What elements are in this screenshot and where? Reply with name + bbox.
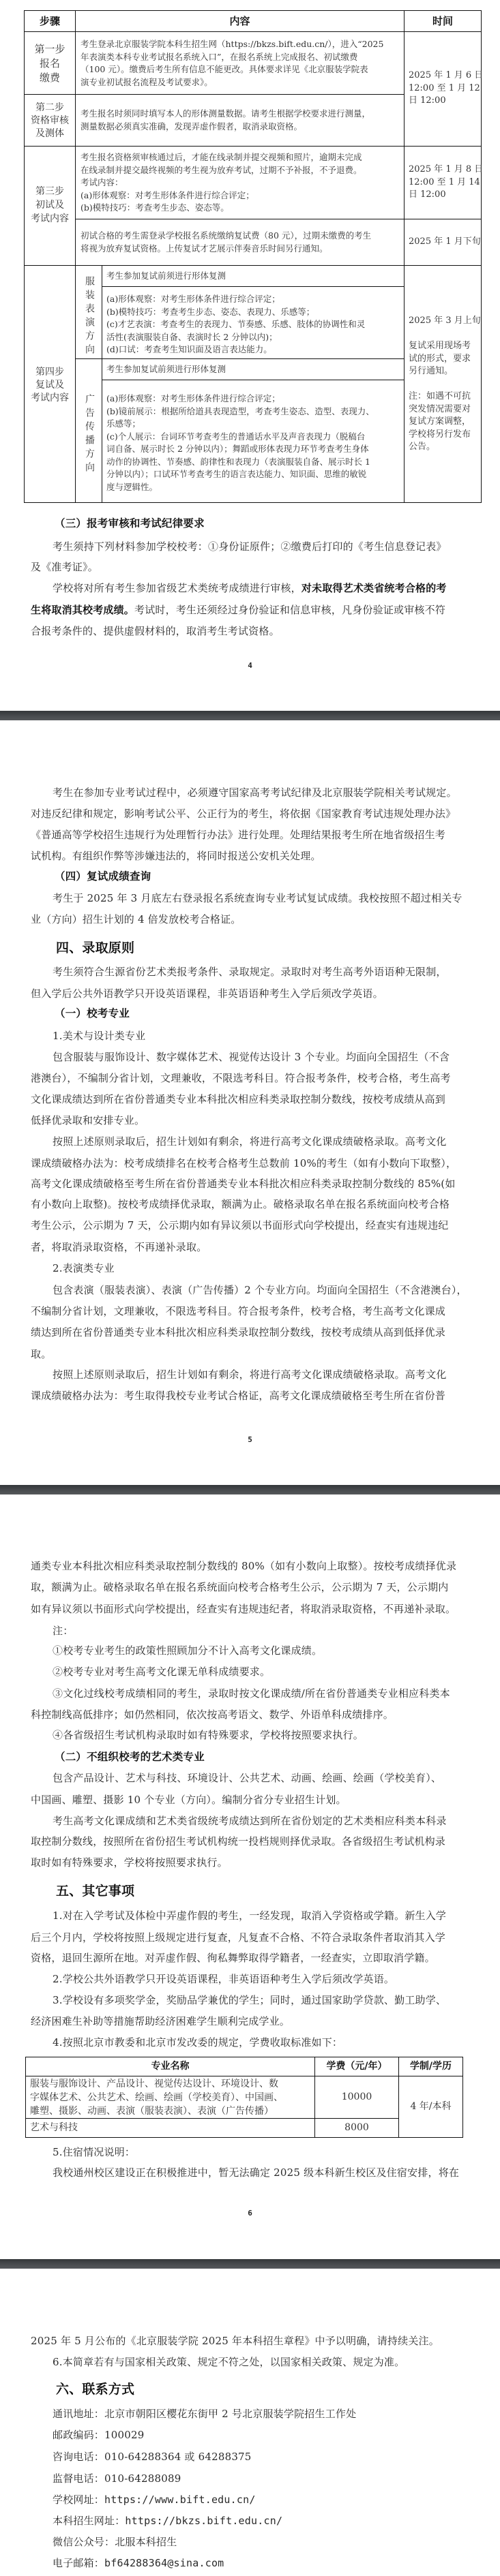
direction-fashion-show: 服装表演方向 bbox=[83, 276, 96, 358]
paragraph-line: 我校通州校区建设正在积极推进中，暂无法确定 2025 级本科新生校区及住宿安排，… bbox=[53, 2166, 459, 2179]
paragraph-line: 包含产品设计、艺术与科技、环境设计、公共艺术、动画、绘画、绘画（学校美育）、 bbox=[53, 1772, 441, 1784]
time-step1-2: 2025 年 1 月 6 日 12:00 至 1 月 12 日 12:00 bbox=[409, 70, 483, 108]
page-separator bbox=[0, 2259, 500, 2269]
contact-supervision-phone: 监督电话：010-64288089 bbox=[53, 2472, 181, 2485]
paragraph-line: 科控制线高低排序；如仍然相同，依次按高考语文、数学、外语单科成绩排序。 bbox=[31, 1708, 394, 1721]
paragraph-line: 有小数向上取整)。按校考成绩择优录取，额满为止。破格录取名单在报名系统面向校考合… bbox=[31, 1198, 450, 1210]
paragraph-line: 考生须持下列材料参加学校校考：①身份证原件；②缴费后打印的《考生信息登记表》 bbox=[53, 540, 447, 553]
paragraph-line: 港澳台），不编制分省计划，文理兼收，不限选考科目。符合报考条件，校考合格，考生高… bbox=[31, 1072, 451, 1084]
contact-address: 通讯地址：北京市朝阳区樱花东街甲 2 号北京服装学院招生工作处 bbox=[53, 2408, 356, 2420]
paragraph-line: 合报考条件的、提供虚假材料的，取消考生考试资格。 bbox=[31, 625, 280, 637]
step4-ad-items: (a)形体观察：对考生形体条件进行综合评定； (b)镜前展示：根据所给道具表现造… bbox=[106, 393, 374, 493]
chapter-heading: 六、联系方式 bbox=[56, 2383, 134, 2395]
paragraph-line: 2.学校公共外语教学只开设英语课程，非英语语种考生入学后须改学英语。 bbox=[53, 1973, 394, 1985]
paragraph-line: 按照上述原则录取后，招生计划如有剩余，将进行高考文化课成绩破格录取。高考文化 bbox=[53, 1368, 447, 1381]
paragraph-line: 2025 年 5 月公布的《北京服装学院 2025 年本科招生章程》中予以明确，… bbox=[31, 2335, 439, 2347]
contact-postcode: 邮政编码：100029 bbox=[53, 2429, 144, 2441]
paragraph-line: 注： bbox=[53, 1625, 73, 1637]
paragraph-line: ②校考专业对考生高考文化课无单科成绩要求。 bbox=[53, 1666, 270, 1678]
paragraph-line: 文化课成绩达到所在省份普通类专业本科批次相应科类录取控制分数线，按校考成绩从高到 bbox=[31, 1093, 445, 1105]
paragraph-line: 1.美术与设计类专业 bbox=[53, 1030, 145, 1042]
paragraph-line: 按照上述原则录取后，招生计划如有剩余，将进行高考文化课成绩破格录取。高考文化 bbox=[53, 1135, 447, 1148]
page-separator bbox=[0, 711, 500, 720]
paragraph-line: 但入学后公共外语教学只开设英语课程，非英语语种考生入学后须改学英语。 bbox=[31, 987, 383, 1000]
step4-fashion-items: (a)形体观察：对考生形体条件进行综合评定； (b)模特技巧：考查考生步态、姿态… bbox=[106, 293, 365, 356]
fee-row-majors: 艺术与科技 bbox=[30, 2121, 78, 2134]
paragraph-line: 经济困难生补助等措施帮助经济困难学生顺利完成学业。 bbox=[31, 2015, 290, 2027]
paragraph-line: 包含服装与服饰设计、数字媒体艺术、视觉传达设计 3 个专业。均面向全国招生（不含 bbox=[53, 1051, 450, 1063]
page-number: 4 bbox=[0, 661, 500, 670]
paragraph-line: 高考文化课成绩破格至考生所在省份普通类专业本科批次相应科类录取控制分数线的 85… bbox=[31, 1178, 456, 1190]
paragraph-line: 学校将对所有考生参加省级艺术类统考成绩进行审核，对未取得艺术类省统考合格的考 bbox=[53, 582, 447, 594]
step4-ad-pre: 考生参加复试前须进行形体复测 bbox=[106, 363, 226, 376]
paragraph-line: 中国画、雕塑、摄影 10 个专业（方向）。编制分省分专业招生计划。 bbox=[31, 1794, 347, 1806]
paragraph-line: ①校考专业考生的政策性照顾加分不计入高考文化课成绩。 bbox=[53, 1644, 322, 1657]
paragraph-line: 业（方向）招生计划的 4 倍发放校考合格证。 bbox=[31, 913, 241, 925]
header-time: 时间 bbox=[404, 15, 482, 28]
page-number: 6 bbox=[0, 2209, 500, 2218]
paragraph-line: 课成绩破格办法为：校考成绩排名在校考合格考生总数前 10%的考生（如有小数向下取… bbox=[31, 1157, 456, 1169]
paragraph-line: 及《准考证》。 bbox=[31, 561, 98, 573]
admission-website-link[interactable]: https://bkzs.bift.edu.cn/ bbox=[125, 2515, 282, 2527]
paragraph-line: 取时如有特殊要求，学校将按照要求执行。 bbox=[31, 1856, 228, 1869]
paragraph-line: 如有异议须以书面形式向学校提出，经查实有违规违纪者，将取消录取资格，不再递补录取… bbox=[31, 1603, 456, 1615]
paragraph-line: 后三个月内，学校将按照上级规定进行复查，凡复查不合格、不符合录取条件者取消其入学 bbox=[31, 1931, 445, 1944]
paragraph-line: ④各省级招生考试机构录取时如有特殊要求，学校将按照要求执行。 bbox=[53, 1729, 364, 1741]
paragraph-line: 取控制分数线，按照所在省份招生考试机构统一投档规则择优录取。各省级招生考试机构录 bbox=[31, 1835, 445, 1847]
fee-value: 10000 bbox=[314, 2091, 399, 2104]
fee-row-majors: 服装与服饰设计、产品设计、视觉传达设计、环境设计、数 字媒体艺术、公共艺术、绘画… bbox=[30, 2077, 283, 2118]
step-label: 第二步 资格审核 及测体 bbox=[24, 102, 76, 140]
paragraph-line: 《普通高等学校招生违规行为处理暂行办法》进行处理。处理结果报考生所在地省级招生考 bbox=[31, 829, 445, 841]
header-duration: 学制/学历 bbox=[398, 2060, 463, 2073]
chapter-heading: 五、其它事项 bbox=[56, 1885, 134, 1897]
paragraph-line: 考生须符合生源省份艺术类报考条件、录取规定。录取时对考生高考外语语种无限制， bbox=[53, 966, 447, 978]
step3-content: 考生报名资格须审核通过后，才能在线录制并提交视频和照片，逾期未完成 在线录制并提… bbox=[80, 151, 362, 215]
header-content: 内容 bbox=[75, 15, 405, 28]
header-major: 专业名称 bbox=[25, 2060, 315, 2073]
website-link[interactable]: https://www.bift.edu.cn/ bbox=[104, 2494, 256, 2506]
chapter-heading: 四、录取原则 bbox=[56, 942, 134, 954]
paragraph-line: 6.本简章若有与国家相关政策、规定不符之处，以国家相关政策、规定为准。 bbox=[53, 2356, 405, 2368]
paragraph-line: 绩达到所在省份普通类专业本科批次相应科类录取控制分数线，按校考成绩从高到低择优录 bbox=[31, 1326, 445, 1338]
paragraph-line: 取。 bbox=[31, 1348, 51, 1360]
paragraph-line: ③文化过线校考成绩相同的考生，录取时按文化课成绩/所在省份普通类专业相应科类本 bbox=[53, 1687, 450, 1700]
section-heading: （四）复试成绩查询 bbox=[55, 870, 151, 883]
duration-value: 4 年/本科 bbox=[398, 2100, 463, 2113]
section-heading: （三）报考审核和考试纪律要求 bbox=[55, 517, 205, 530]
paragraph-line: 考生公示，公示期为 7 天，公示期内如有异议须以书面形式向学校提出，经查实有违规… bbox=[31, 1219, 448, 1231]
direction-advertising: 广告传播方向 bbox=[83, 394, 96, 482]
step4-fashion-pre: 考生参加复试前须进行形体复测 bbox=[106, 270, 226, 283]
fee-value: 8000 bbox=[314, 2121, 399, 2134]
paragraph-line: 对违反纪律和规定，影响考试公平、公正行为的考生，将依据《国家教育考试违规处理办法… bbox=[31, 808, 456, 820]
contact-phone: 咨询电话：010-64288364 或 64288375 bbox=[53, 2451, 252, 2463]
paragraph-line: 不编制分省计划，文理兼收，不限选考科目。符合报考条件，校考合格，考生高考文化课成 bbox=[31, 1305, 445, 1317]
paragraph-line: 包含表演（服装表演）、表演（广告传播）2 个专业方向。均面向全国招生（不含港澳台… bbox=[53, 1284, 467, 1296]
contact-email: 电子邮箱：bf64288364@sina.com bbox=[53, 2557, 224, 2569]
contact-website: 学校网址：https://www.bift.edu.cn/ bbox=[53, 2494, 256, 2506]
page-number: 5 bbox=[0, 1435, 500, 1444]
time-step4: 2025 年 3 月上旬 复试采用现场考 试的形式，要求 另行通知。 注：如遇不… bbox=[409, 315, 481, 454]
paragraph-line: 5.住宿情况说明： bbox=[53, 2146, 135, 2158]
step3-fee-content: 初试合格的考生需登录学校报名系统缴纳复试费（80 元），过期未缴费的考生 将视为… bbox=[80, 230, 371, 255]
step-label: 第四步 复试及 考试内容 bbox=[24, 366, 76, 405]
paragraph-line: 试机构。有组织作弊等涉嫌违法的，将同时报送公安机关处理。 bbox=[31, 850, 321, 862]
step2-content: 考生报名时须同时填写本人的形体测量数据。请考生根据学校要求进行测量， 测量数据必… bbox=[80, 108, 370, 133]
header-step: 步骤 bbox=[24, 15, 76, 28]
paragraph-line: 取，额满为止。破格录取名单在报名系统面向校考合格考生公示，公示期为 7 天，公示… bbox=[31, 1581, 448, 1593]
time-step3-fee: 2025 年 1 月下旬 bbox=[409, 236, 481, 249]
paragraph-line: 课成绩破格办法为：考生取得我校专业考试合格证，高考文化课成绩破格至考生所在省份普 bbox=[31, 1390, 445, 1402]
page-separator bbox=[0, 1485, 500, 1494]
step1-content: 考生登录北京服装学院本科生招生网（https://bkzs.bift.edu.c… bbox=[80, 38, 383, 89]
paragraph-line: 考生于 2025 年 3 月底左右登录报名系统查询专业考试复试成绩。我校按照不超… bbox=[53, 892, 462, 904]
time-step3: 2025 年 1 月 8 日 12:00 至 1 月 14 日 12:00 bbox=[409, 164, 483, 202]
paragraph-line: 资格，退回生源所在地。对弄虚作假、徇私舞弊取得学籍者，一经查实，立即取消学籍。 bbox=[31, 1952, 435, 1964]
step-label: 第三步 初试及 考试内容 bbox=[24, 185, 76, 226]
header-fee: 学费（元/年） bbox=[314, 2060, 399, 2073]
email-link[interactable]: bf64288364@sina.com bbox=[104, 2557, 224, 2569]
paragraph-line: 1.对在入学考试及体检中弄虚作假的考生，一经发现，取消入学资格或学籍。新生入学 bbox=[53, 1910, 446, 1922]
paragraph-line: 低择优录取和安排专业。 bbox=[31, 1114, 145, 1126]
contact-admission-website: 本科招生网址：https://bkzs.bift.edu.cn/ bbox=[53, 2515, 282, 2527]
contact-wechat: 微信公众号：北服本科招生 bbox=[53, 2536, 177, 2548]
section-heading: （一）校考专业 bbox=[55, 1007, 130, 1019]
step-label: 第一步 报名 缴费 bbox=[24, 42, 76, 85]
paragraph-line: 生将取消其校考成绩。考试时，考生还须经过身份验证和信息审核，凡身份验证或审核不符 bbox=[31, 604, 445, 616]
paragraph-line: 考生高考文化课成绩和艺术类省级统考成绩达到所在省份划定的艺术类相应科类本科录 bbox=[53, 1815, 447, 1827]
paragraph-line: 通类专业本科批次相应科类录取控制分数线的 80%（如有小数向上取整）。按校考成绩… bbox=[31, 1560, 456, 1572]
section-heading: （二）不组织校考的艺术类专业 bbox=[55, 1751, 205, 1763]
paragraph-line: 2.表演类专业 bbox=[53, 1262, 115, 1274]
paragraph-line: 考生在参加专业考试过程中，必须遵守国家高考考试纪律及北京服装学院相关考试规定。 bbox=[53, 786, 457, 799]
paragraph-line: 者，将取消录取资格，不再递补录取。 bbox=[31, 1241, 207, 1253]
paragraph-line: 3.学校设有多项奖学金，奖励品学兼优的学生；同时，通过国家助学贷款、勤工助学、 bbox=[53, 1994, 446, 2006]
paragraph-line: 4.按照北京市教委和北京市发改委的规定，学费收取标准如下： bbox=[53, 2036, 342, 2049]
